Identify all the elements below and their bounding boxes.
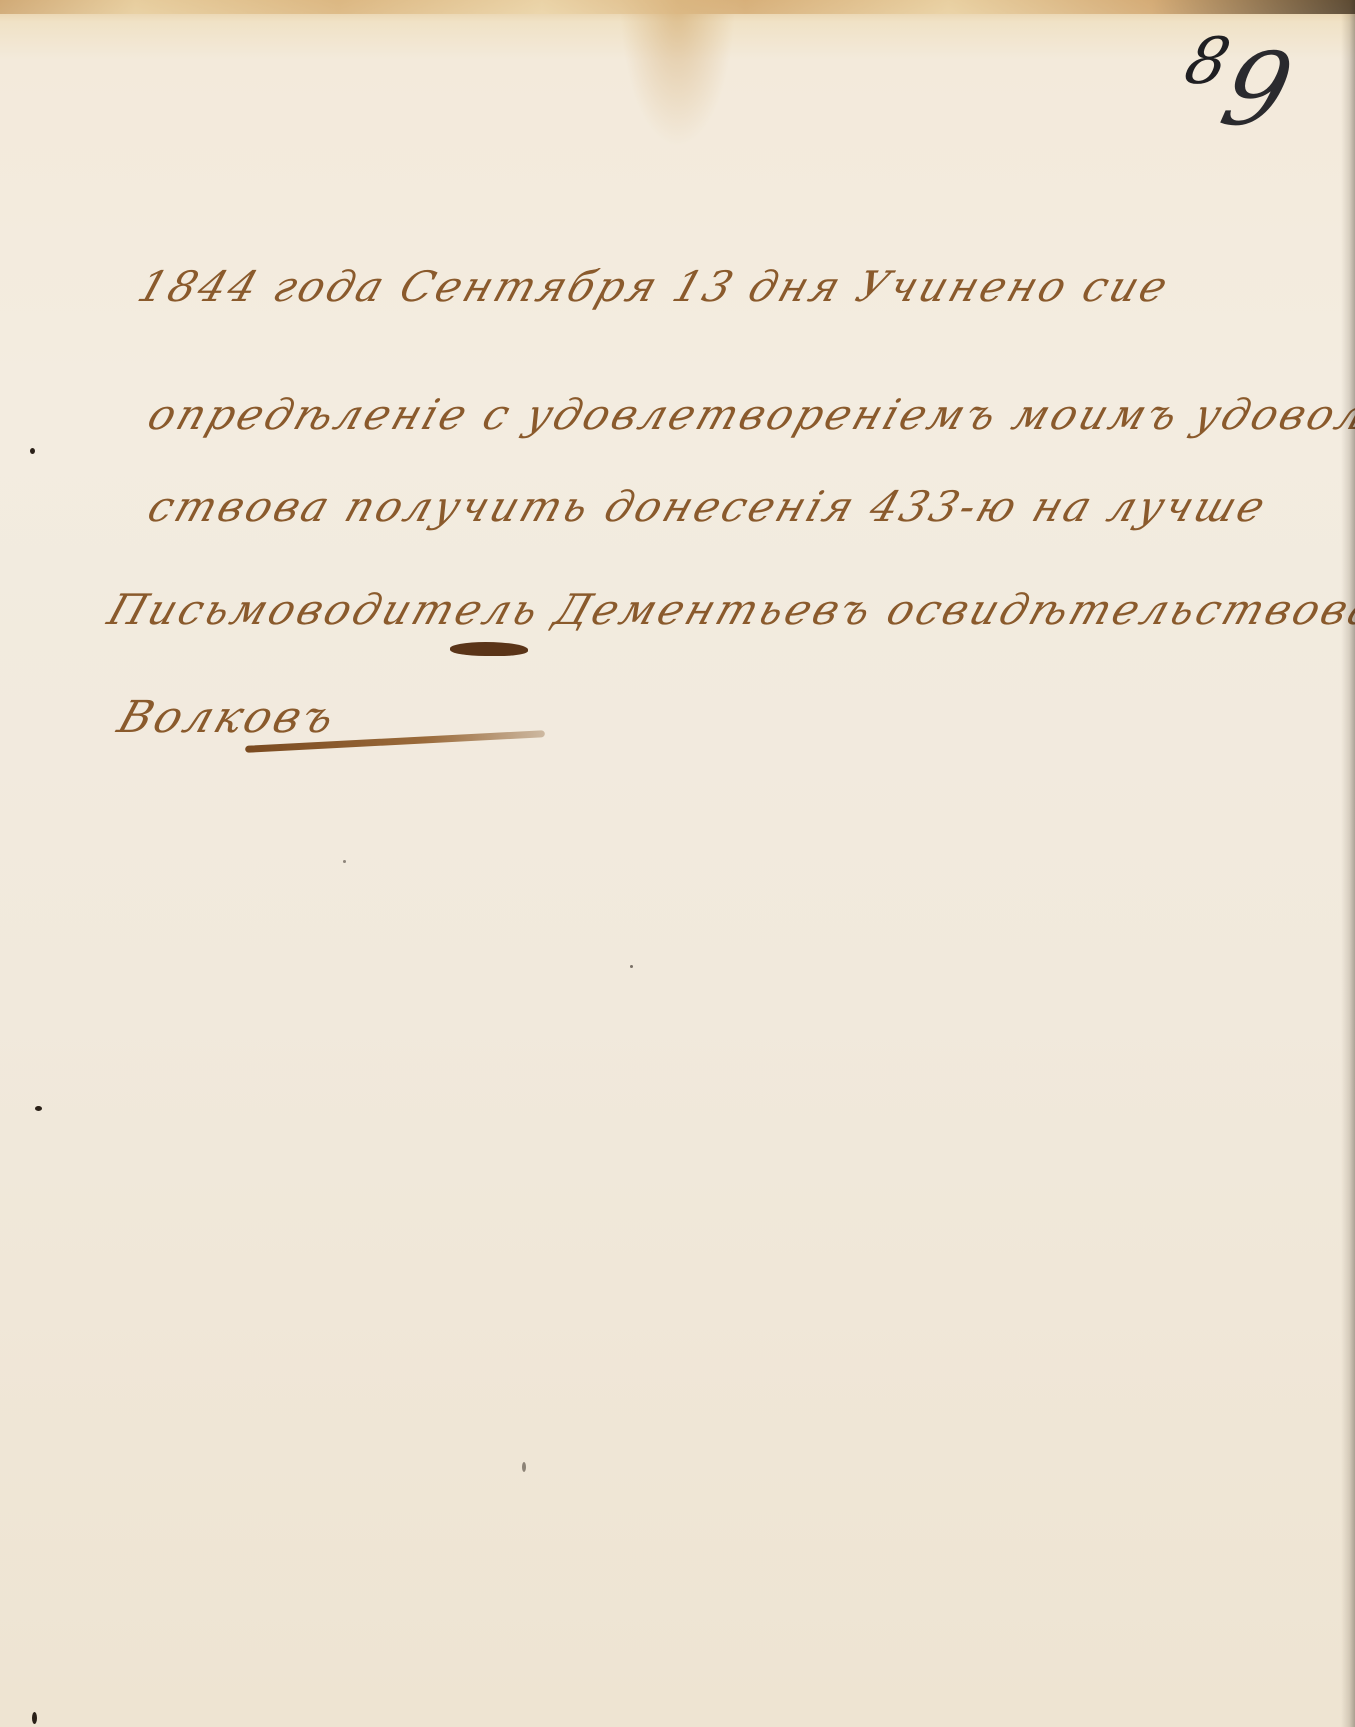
folio-number: 8 9 [1213, 40, 1302, 140]
signature: Волковъ [112, 692, 344, 743]
text-line-1: 1844 года Сентября 13 дня Учинено сие [132, 262, 1177, 311]
text-line-4: Письмоводитель Дементьевъ освидѣтельство… [102, 585, 1355, 634]
document-page: 8 9 1844 года Сентября 13 дня Учинено си… [0, 0, 1355, 1727]
ink-flourish [450, 642, 528, 656]
ink-speck [522, 1462, 526, 1472]
text-line-3: ствова получить донесенія 433-ю на лучше [142, 482, 1274, 531]
ink-speck [343, 860, 346, 863]
ink-speck [35, 1106, 42, 1111]
ink-speck [630, 965, 633, 968]
text-line-2: опредѣленіе с удовлетвореніемъ моимъ удо… [142, 390, 1355, 439]
ink-speck [32, 1712, 37, 1724]
ink-speck [30, 448, 35, 454]
